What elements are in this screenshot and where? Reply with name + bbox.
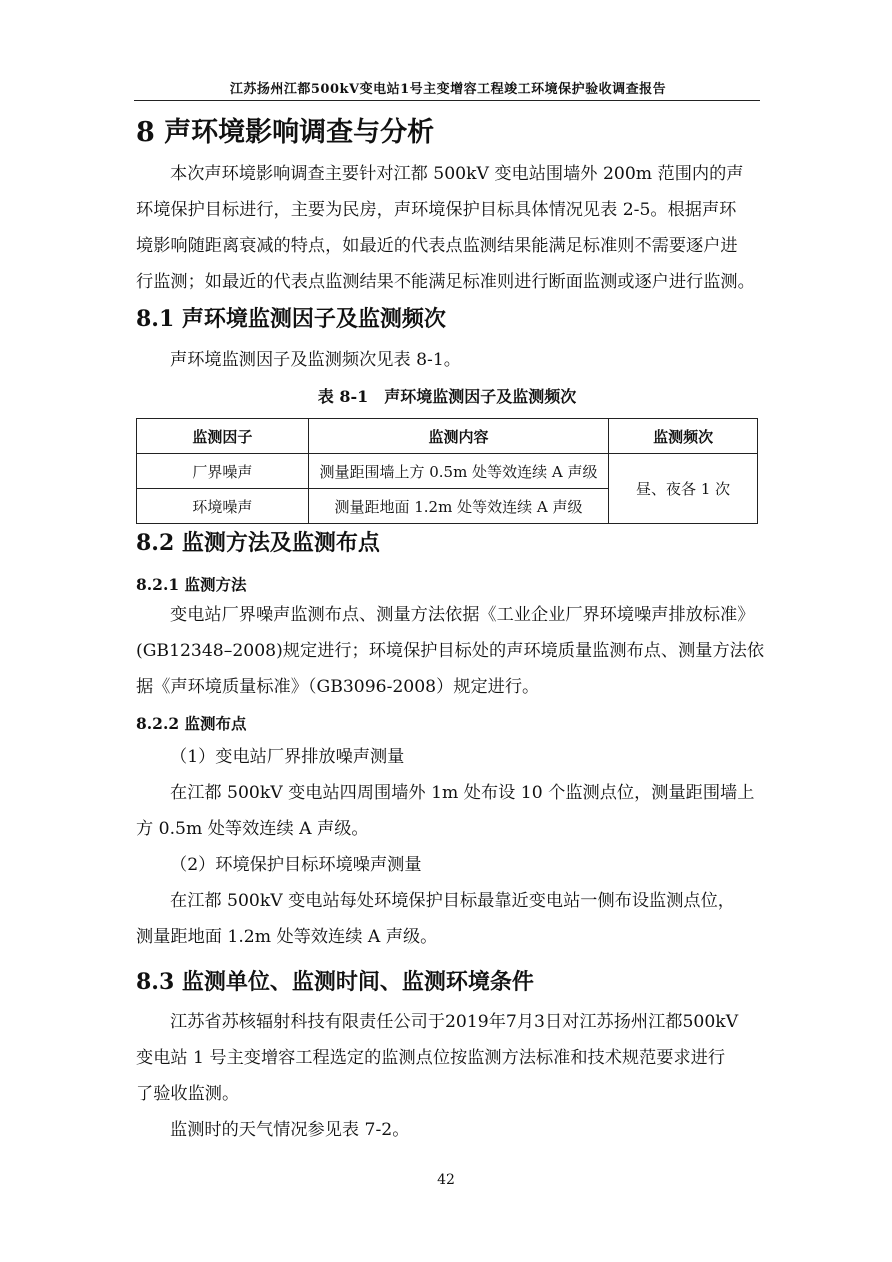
text-line: 监测时的天气情况参见表 7-2。	[136, 1112, 762, 1148]
table-cell: 环境噪声	[137, 489, 309, 524]
running-header: 江苏扬州江都500kV变电站1号主变增容工程竣工环境保护验收调查报告	[136, 78, 760, 97]
monitoring-table: 监测因子 监测内容 监测频次 厂界噪声 测量距围墙上方 0.5m 处等效连续 A…	[136, 418, 758, 524]
table-header-row: 监测因子 监测内容 监测频次	[137, 419, 758, 454]
section-8-intro: 本次声环境影响调查主要针对江都 500kV 变电站围墙外 200m 范围内的声 …	[136, 156, 762, 300]
section-8-2-1-body: 变电站厂界噪声监测布点、测量方法依据《工业企业厂界环境噪声排放标准》 (GB12…	[136, 597, 762, 705]
text-line: (GB12348–2008)规定进行；环境保护目标处的声环境质量监测布点、测量方…	[136, 633, 762, 669]
text-line: 在江都 500kV 变电站每处环境保护目标最靠近变电站一侧布设监测点位，	[136, 883, 762, 919]
section-8-1-intro: 声环境监测因子及监测频次见表 8-1。	[136, 342, 762, 378]
section-8-3-body: 江苏省苏核辐射科技有限责任公司于2019年7月3日对江苏扬州江都500kV 变电…	[136, 1004, 762, 1148]
item-title: （1）变电站厂界排放噪声测量	[136, 739, 762, 775]
header-divider	[134, 100, 760, 101]
text-line: 在江都 500kV 变电站四周围墙外 1m 处布设 10 个监测点位，测量距围墙…	[136, 775, 762, 811]
table-row: 厂界噪声 测量距围墙上方 0.5m 处等效连续 A 声级 昼、夜各 1 次	[137, 454, 758, 489]
section-8-2-2-heading: 8.2.2 监测布点	[136, 712, 247, 734]
column-header: 监测内容	[308, 419, 609, 454]
text-line: 测量距地面 1.2m 处等效连续 A 声级。	[136, 919, 762, 955]
text-line: 方 0.5m 处等效连续 A 声级。	[136, 811, 762, 847]
section-8-3-heading: 8.3 监测单位、监测时间、监测环境条件	[136, 965, 534, 996]
text-line: 了验收监测。	[136, 1076, 762, 1112]
section-8-heading: 8 声环境影响调查与分析	[136, 110, 434, 149]
section-8-2-heading: 8.2 监测方法及监测布点	[136, 526, 380, 557]
table-cell: 测量距地面 1.2m 处等效连续 A 声级	[308, 489, 609, 524]
text-line: 据《声环境质量标准》（GB3096-2008）规定进行。	[136, 669, 762, 705]
text-line: 本次声环境影响调查主要针对江都 500kV 变电站围墙外 200m 范围内的声	[136, 156, 762, 192]
column-header: 监测频次	[609, 419, 758, 454]
document-page: 江苏扬州江都500kV变电站1号主变增容工程竣工环境保护验收调查报告 8 声环境…	[0, 0, 892, 1262]
text-line: 行监测；如最近的代表点监测结果不能满足标准则进行断面监测或逐户进行监测。	[136, 264, 762, 300]
section-8-1-heading: 8.1 声环境监测因子及监测频次	[136, 302, 446, 333]
text-line: 境影响随距离衰减的特点，如最近的代表点监测结果能满足标准则不需要逐户进	[136, 228, 762, 264]
section-8-2-1-heading: 8.2.1 监测方法	[136, 573, 247, 595]
text-line: 江苏省苏核辐射科技有限责任公司于2019年7月3日对江苏扬州江都500kV	[136, 1004, 762, 1040]
text-line: 变电站 1 号主变增容工程选定的监测点位按监测方法标准和技术规范要求进行	[136, 1040, 762, 1076]
text-line: 声环境监测因子及监测频次见表 8-1。	[136, 342, 762, 378]
page-number: 42	[0, 1172, 892, 1188]
table-caption: 表 8-1 声环境监测因子及监测频次	[136, 384, 758, 407]
column-header: 监测因子	[137, 419, 309, 454]
text-line: 环境保护目标进行，主要为民房，声环境保护目标具体情况见表 2-5。根据声环	[136, 192, 762, 228]
section-8-2-2-body: （1）变电站厂界排放噪声测量 在江都 500kV 变电站四周围墙外 1m 处布设…	[136, 739, 762, 955]
table-cell: 昼、夜各 1 次	[609, 454, 758, 524]
text-line: 变电站厂界噪声监测布点、测量方法依据《工业企业厂界环境噪声排放标准》	[136, 597, 762, 633]
table-cell: 测量距围墙上方 0.5m 处等效连续 A 声级	[308, 454, 609, 489]
item-title: （2）环境保护目标环境噪声测量	[136, 847, 762, 883]
table-cell: 厂界噪声	[137, 454, 309, 489]
